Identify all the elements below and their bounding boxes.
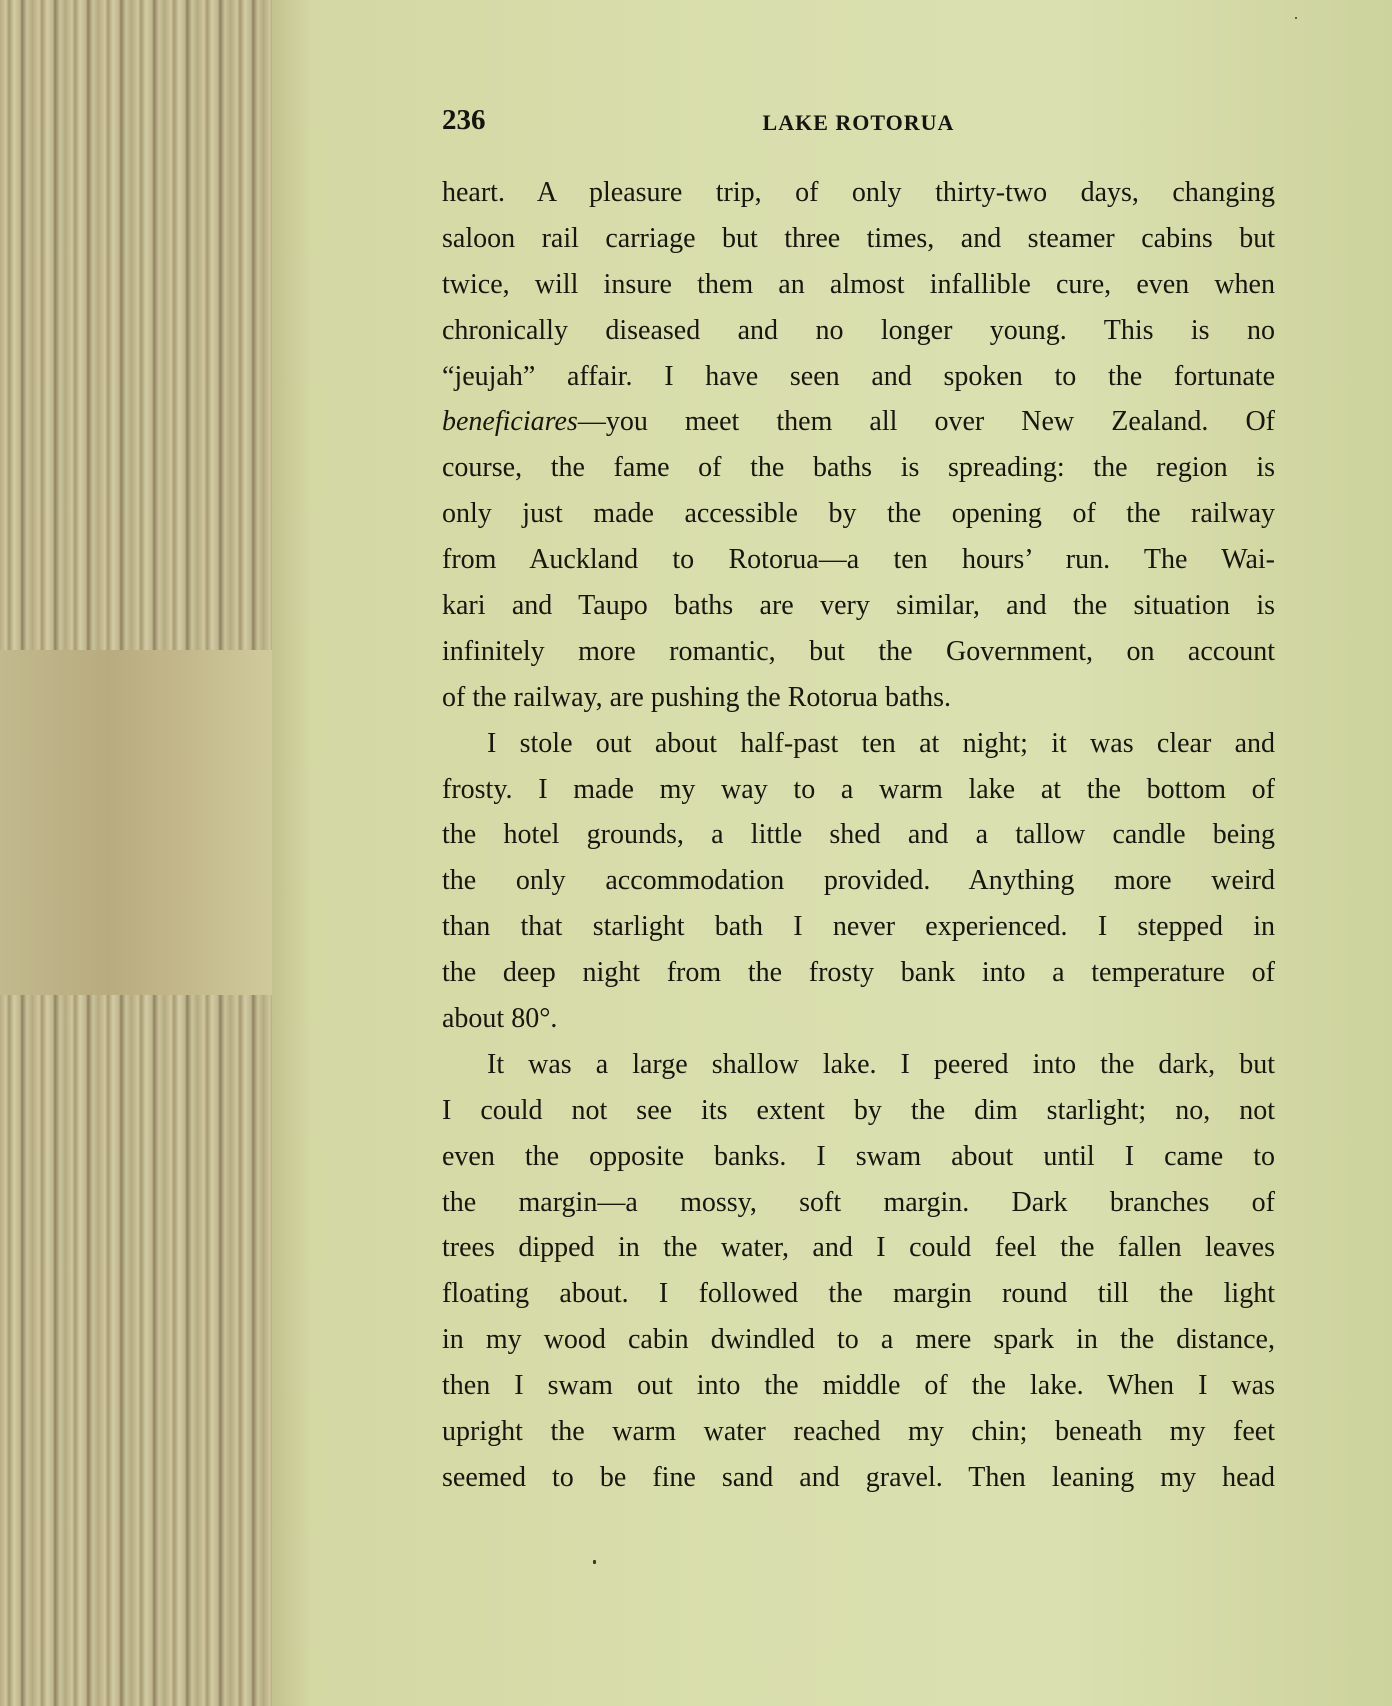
text-line: than that starlight bath I never experie… (442, 904, 1275, 950)
text-line: the deep night from the frosty bank into… (442, 950, 1275, 996)
book-page-edges (0, 0, 272, 1706)
text-line: the margin—a mossy, soft margin. Dark br… (442, 1180, 1275, 1226)
text-line: twice, will insure them an almost infall… (442, 262, 1275, 308)
text-line: saloon rail carriage but three times, an… (442, 216, 1275, 262)
text-line: from Auckland to Rotorua—a ten hours’ ru… (442, 537, 1275, 583)
paragraph-3: It was a large shallow lake. I peered in… (442, 1042, 1275, 1501)
running-head: 236 LAKE ROTORUA (0, 0, 1392, 150)
text-line: frosty. I made my way to a warm lake at … (442, 767, 1275, 813)
text-line: course, the fame of the baths is spreadi… (442, 445, 1275, 491)
text-line: the hotel grounds, a little shed and a t… (442, 812, 1275, 858)
paper-speck (1295, 17, 1297, 19)
paper-speck (593, 1560, 596, 1564)
paragraph-2: I stole out about half-past ten at night… (442, 721, 1275, 1042)
page-edge-blur-band (0, 650, 272, 995)
body-text: heart. A pleasure trip, of only thirty-t… (442, 170, 1275, 1501)
text-line: kari and Taupo baths are very similar, a… (442, 583, 1275, 629)
text-line: upright the warm water reached my chin; … (442, 1409, 1275, 1455)
text-line: seemed to be fine sand and gravel. Then … (442, 1455, 1275, 1501)
text-line: then I swam out into the middle of the l… (442, 1363, 1275, 1409)
text-line: “jeujah” affair. I have seen and spoken … (442, 354, 1275, 400)
text-line: I stole out about half-past ten at night… (442, 721, 1275, 767)
text-line-rest: —you meet them all over New Zealand. Of (578, 406, 1275, 437)
text-line: in my wood cabin dwindled to a mere spar… (442, 1317, 1275, 1363)
text-line: the only accommodation provided. Anythin… (442, 858, 1275, 904)
paragraph-1: heart. A pleasure trip, of only thirty-t… (442, 170, 1275, 721)
text-line: only just made accessible by the opening… (442, 491, 1275, 537)
text-line: heart. A pleasure trip, of only thirty-t… (442, 170, 1275, 216)
italic-word: beneficiares (442, 406, 578, 437)
text-line: floating about. I followed the margin ro… (442, 1271, 1275, 1317)
text-line: even the opposite banks. I swam about un… (442, 1134, 1275, 1180)
text-line: It was a large shallow lake. I peered in… (442, 1042, 1275, 1088)
running-title: LAKE ROTORUA (442, 110, 1275, 136)
gutter-shadow (272, 0, 312, 1706)
text-line: chronically diseased and no longer young… (442, 308, 1275, 354)
text-line: trees dipped in the water, and I could f… (442, 1225, 1275, 1271)
text-line: of the railway, are pushing the Rotorua … (442, 675, 1275, 721)
text-line: about 80°. (442, 996, 1275, 1042)
text-line: infinitely more romantic, but the Govern… (442, 629, 1275, 675)
text-line-with-italic: beneficiares—you meet them all over New … (442, 399, 1275, 445)
text-line: I could not see its extent by the dim st… (442, 1088, 1275, 1134)
